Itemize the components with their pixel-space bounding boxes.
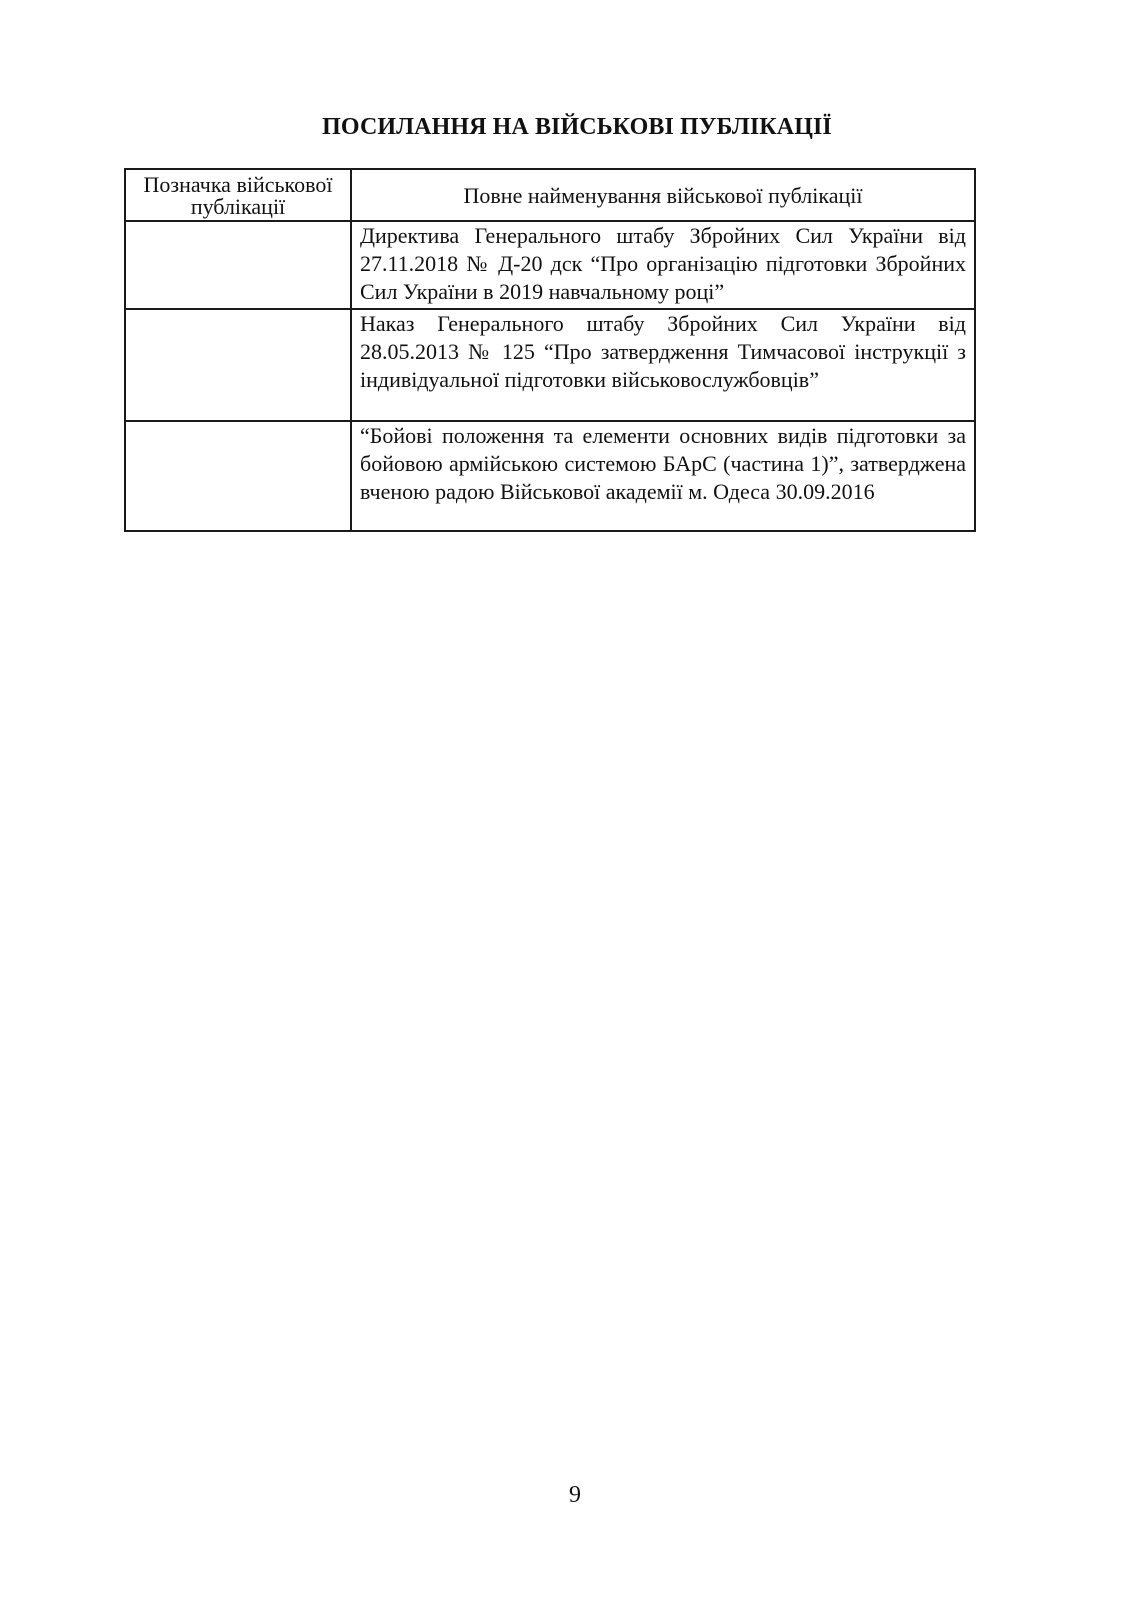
page-number: 9 bbox=[0, 1482, 1142, 1509]
page-title: ПОСИЛАННЯ НА ВІЙСЬКОВІ ПУБЛІКАЦІЇ bbox=[0, 114, 1142, 141]
publication-name-cell: Директива Генерального штабу Збройних Си… bbox=[351, 221, 975, 309]
publication-name-cell: Наказ Генерального штабу Збройних Сил Ук… bbox=[351, 309, 975, 421]
header-publication-code: Позначка військової публікації bbox=[125, 169, 351, 221]
publication-code-cell bbox=[125, 309, 351, 421]
publication-code-cell bbox=[125, 421, 351, 531]
table-row: Директива Генерального штабу Збройних Си… bbox=[125, 221, 975, 309]
table-row: Наказ Генерального штабу Збройних Сил Ук… bbox=[125, 309, 975, 421]
header-publication-name: Повне найменування військової публікації bbox=[351, 169, 975, 221]
publication-code-cell bbox=[125, 221, 351, 309]
table-header-row: Позначка військової публікації Повне най… bbox=[125, 169, 975, 221]
publication-name-cell: “Бойові положення та елементи основних в… bbox=[351, 421, 975, 531]
table-row: “Бойові положення та елементи основних в… bbox=[125, 421, 975, 531]
publications-table: Позначка військової публікації Повне най… bbox=[124, 168, 976, 532]
